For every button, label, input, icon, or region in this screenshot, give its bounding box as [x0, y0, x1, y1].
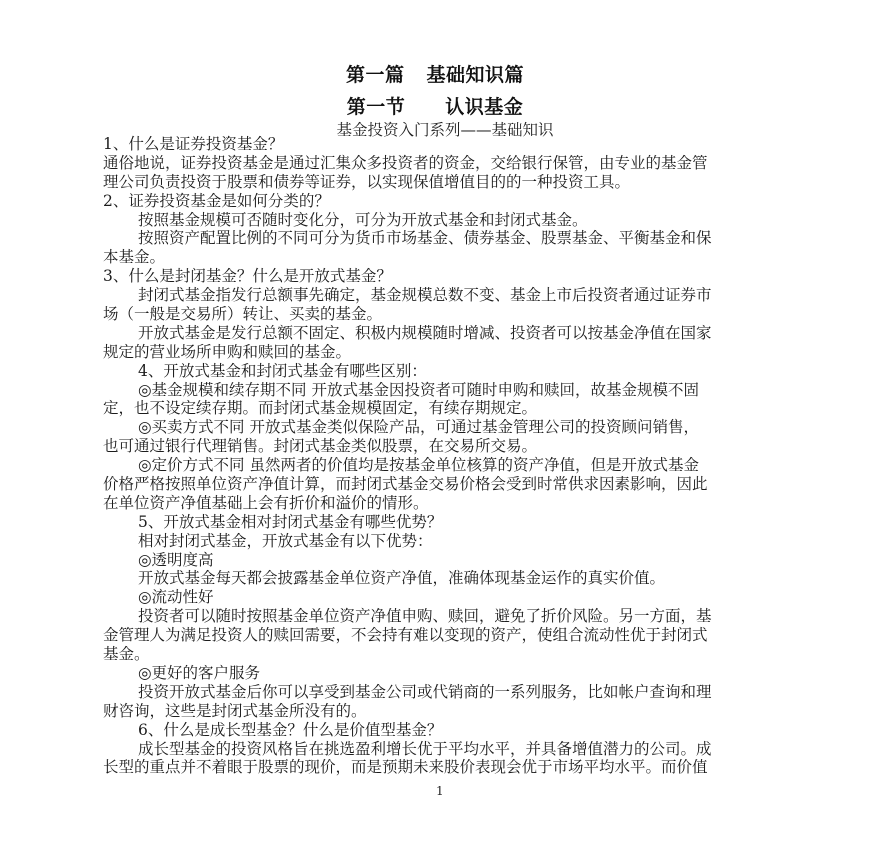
document-body: 1、什么是证券投资基金？通俗地说，证券投资基金是通过汇集众多投资者的资金，交给银…	[103, 135, 789, 777]
text-line: 开放式基金每天都会披露基金单位资产净值，准确体现基金运作的真实价值。	[103, 569, 789, 588]
text-line: 封闭式基金指发行总额事先确定，基金规模总数不变、基金上市后投资者通过证券市	[103, 286, 789, 305]
text-line: ◎定价方式不同 虽然两者的价值均是按基金单位核算的资产净值，但是开放式基金	[103, 456, 789, 475]
text-line: 在单位资产净值基础上会有折价和溢价的情形。	[103, 494, 789, 513]
text-line: 通俗地说，证券投资基金是通过汇集众多投资者的资金，交给银行保管，由专业的基金管	[103, 154, 789, 173]
text-line: 3、什么是封闭基金？什么是开放式基金？	[103, 267, 789, 286]
text-line: 投资者可以随时按照基金单位资产净值申购、赎回，避免了折价风险。另一方面，基	[103, 607, 789, 626]
page-number: 1	[436, 784, 444, 798]
text-line: 金管理人为满足投资人的赎回需要，不会持有难以变现的资产，使组合流动性优于封闭式	[103, 626, 789, 645]
document-page: 第一篇基础知识篇 第一节认识基金 基金投资入门系列——基础知识 1、什么是证券投…	[0, 0, 870, 842]
text-line: 4、开放式基金和封闭式基金有哪些区别：	[103, 362, 789, 381]
text-line: ◎买卖方式不同 开放式基金类似保险产品，可通过基金管理公司的投资顾问销售，	[103, 418, 789, 437]
text-line: 定，也不设定续存期。而封闭式基金规模固定，有续存期规定。	[103, 399, 789, 418]
section-title: 第一节认识基金	[0, 92, 870, 119]
text-line: 相对封闭式基金，开放式基金有以下优势：	[103, 532, 789, 551]
chapter-name: 基础知识篇	[427, 64, 525, 86]
text-line: 按照基金规模可否随时变化分，可分为开放式基金和封闭式基金。	[103, 211, 789, 230]
text-line: 理公司负责投资于股票和债券等证券，以实现保值增值目的的一种投资工具。	[103, 173, 789, 192]
text-line: 也可通过银行代理销售。封闭式基金类似股票，在交易所交易。	[103, 437, 789, 456]
text-line: 规定的营业场所申购和赎回的基金。	[103, 343, 789, 362]
text-line: 2、证券投资基金是如何分类的？	[103, 192, 789, 211]
text-line: ◎更好的客户服务	[103, 664, 789, 683]
text-line: ◎流动性好	[103, 588, 789, 607]
text-line: ◎基金规模和续存期不同 开放式基金因投资者可随时申购和赎回，故基金规模不固	[103, 381, 789, 400]
text-line: 按照资产配置比例的不同可分为货币市场基金、债券基金、股票基金、平衡基金和保	[103, 229, 789, 248]
text-line: 基金。	[103, 645, 789, 664]
text-line: 投资开放式基金后你可以享受到基金公司或代销商的一系列服务，比如帐户查询和理	[103, 683, 789, 702]
text-line: 5、开放式基金相对封闭式基金有哪些优势？	[103, 513, 789, 532]
text-line: 本基金。	[103, 248, 789, 267]
text-line: 开放式基金是发行总额不固定、积极内规模随时增减、投资者可以按基金净值在国家	[103, 324, 789, 343]
text-line: 财咨询，这些是封闭式基金所没有的。	[103, 702, 789, 721]
section-number: 第一节	[347, 96, 406, 118]
text-line: 长型的重点并不着眼于股票的现价，而是预期未来股价表现会优于市场平均水平。而价值	[103, 758, 789, 777]
text-line: 6、什么是成长型基金？什么是价值型基金？	[103, 721, 789, 740]
chapter-number: 第一篇	[346, 64, 405, 86]
text-line: 成长型基金的投资风格旨在挑选盈利增长优于平均水平，并具备增值潜力的公司。成	[103, 740, 789, 759]
text-line: 场（一般是交易所）转让、买卖的基金。	[103, 305, 789, 324]
text-line: 价格严格按照单位资产净值计算，而封闭式基金交易价格会受到时常供求因素影响，因此	[103, 475, 789, 494]
section-name: 认识基金	[445, 96, 523, 118]
chapter-title: 第一篇基础知识篇	[0, 60, 870, 87]
text-line: 1、什么是证券投资基金？	[103, 135, 789, 154]
text-line: ◎透明度高	[103, 551, 789, 570]
